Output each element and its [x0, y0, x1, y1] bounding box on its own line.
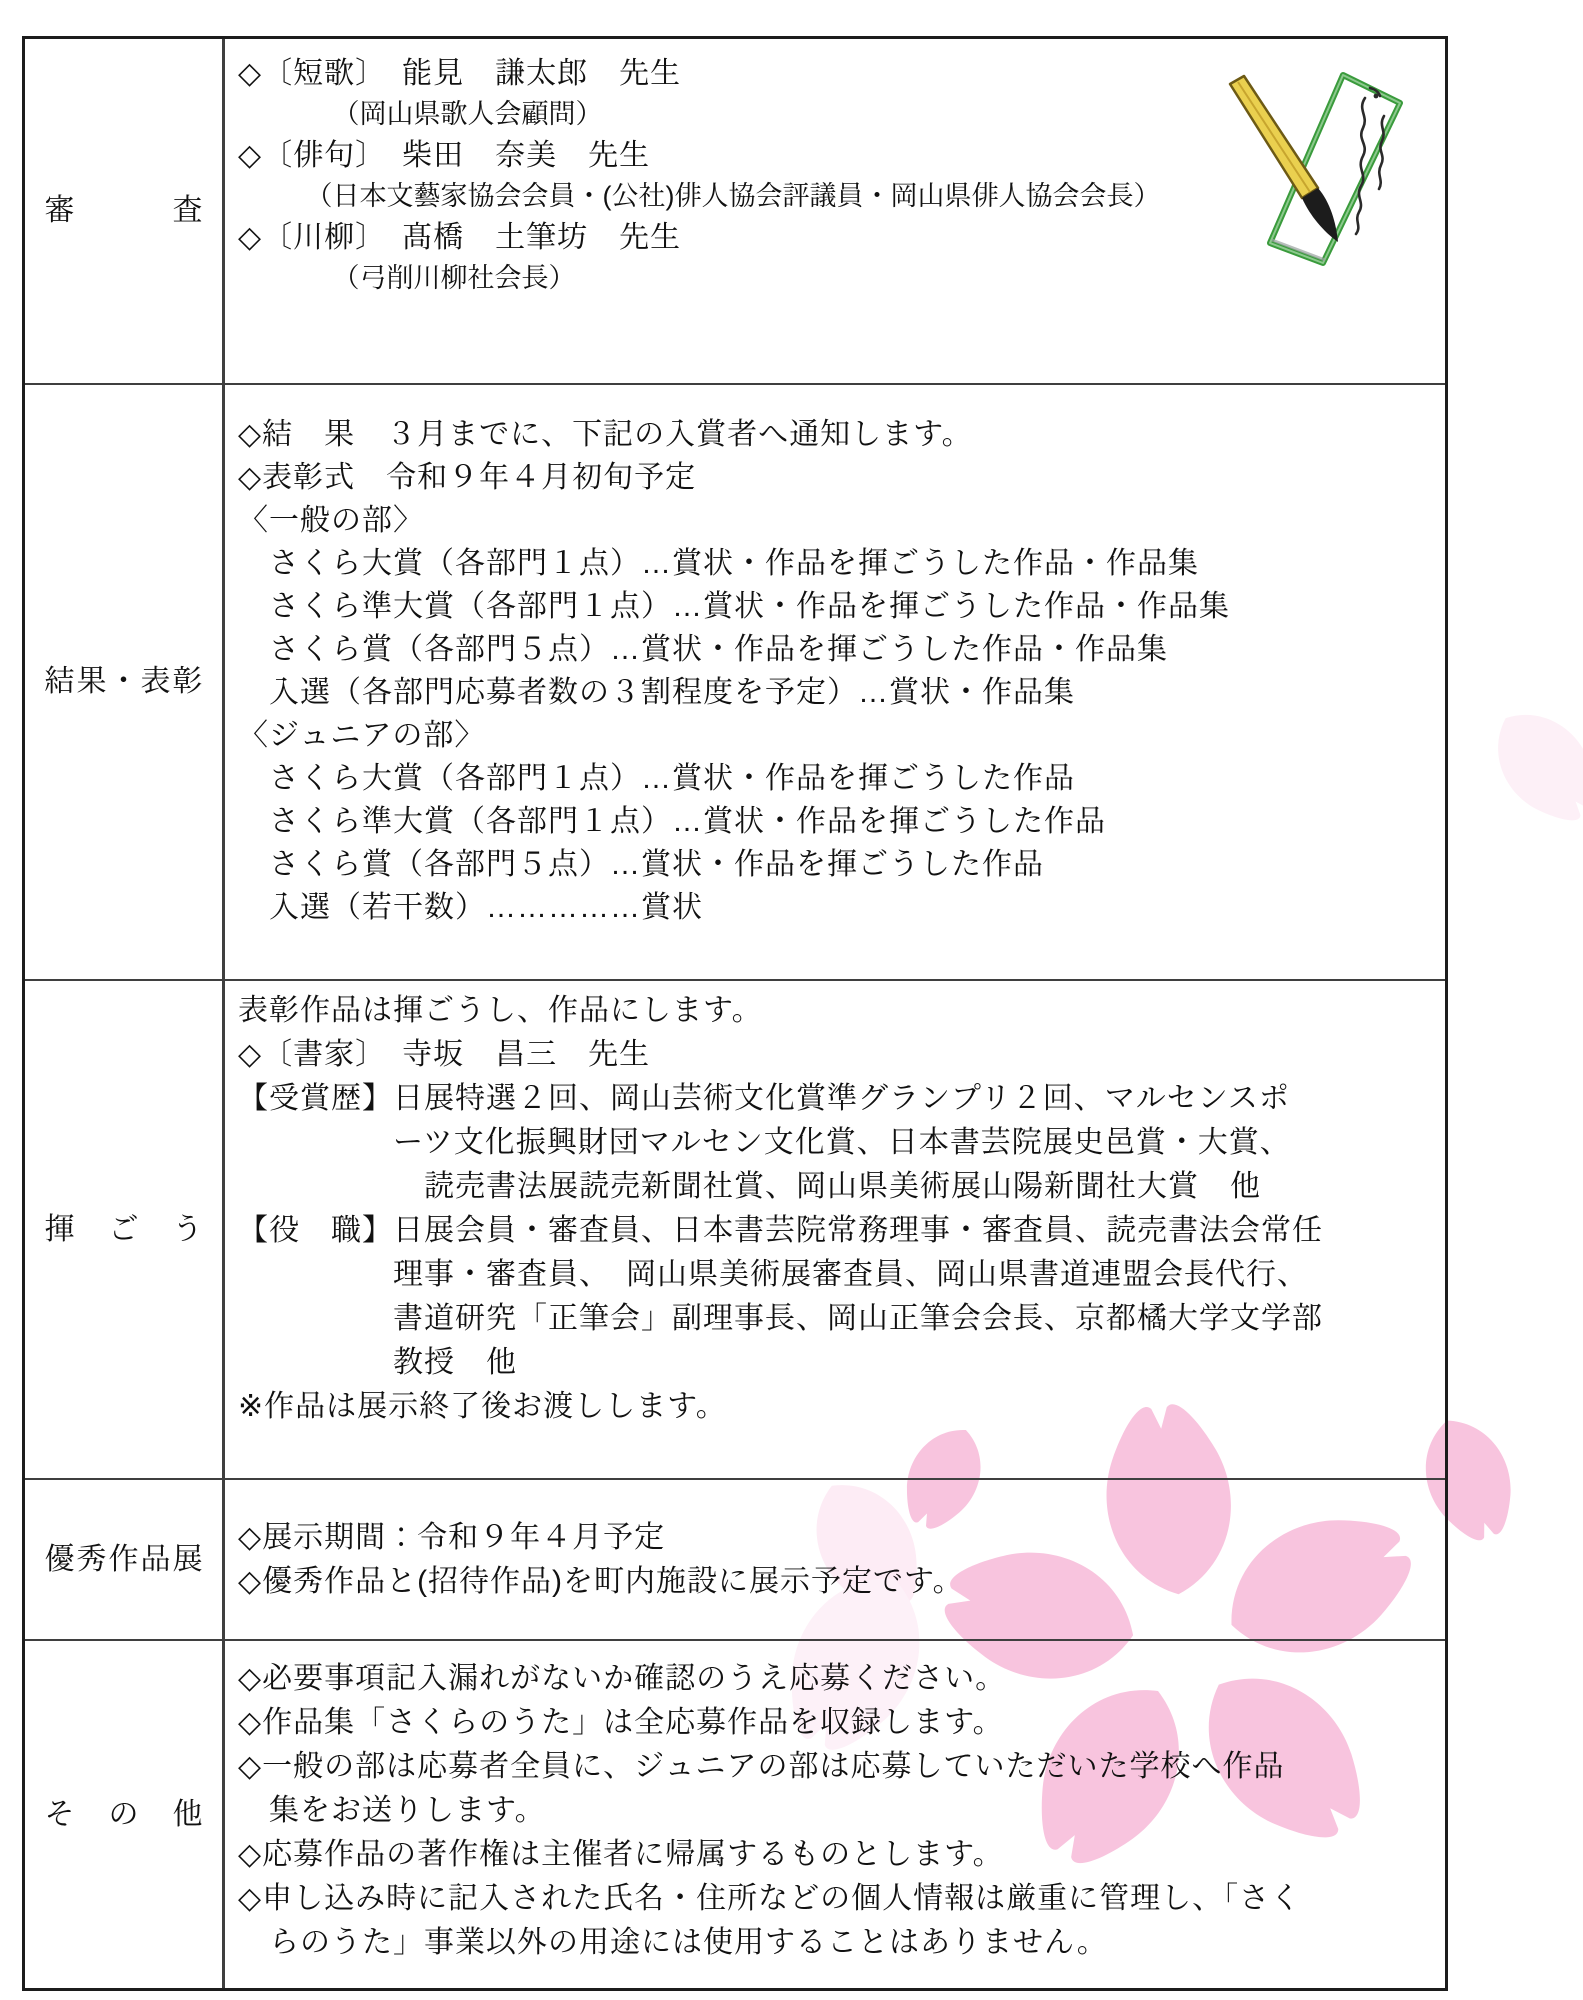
row-exhibition: 優秀作品展 ◇展示期間：令和９年４月予定 ◇優秀作品と(招待作品)を町内施設に展… — [25, 1480, 1445, 1641]
row-label-cell: その他 — [25, 1641, 225, 1988]
row-content: ◇結 果 ３月までに、下記の入賞者へ通知します。 ◇表彰式 令和９年４月初旬予定… — [225, 385, 1445, 979]
text-line: さくら賞（各部門５点）…賞状・作品を揮ごうした作品 — [238, 843, 1445, 886]
text-line: さくら準大賞（各部門１点）…賞状・作品を揮ごうした作品 — [238, 800, 1445, 843]
row-content: ◇〔短歌〕 能見 謙太郎 先生 （岡山県歌人会顧問） ◇〔俳句〕 柴田 奈美 先… — [225, 39, 1445, 383]
row-content: 表彰作品は揮ごうし、作品にします。 ◇〔書家〕 寺坂 昌三 先生 【受賞歴】日展… — [225, 981, 1445, 1478]
text-line: ※作品は展示終了後お渡しします。 — [238, 1385, 1445, 1429]
text-line: 集をお送りします。 — [238, 1789, 1445, 1833]
text-line: さくら大賞（各部門１点）…賞状・作品を揮ごうした作品 — [238, 757, 1445, 800]
text-line: 〈一般の部〉 — [238, 499, 1445, 542]
text-line: ◇〔書家〕 寺坂 昌三 先生 — [238, 1033, 1445, 1077]
row-content: ◇必要事項記入漏れがないか確認のうえ応募ください。 ◇作品集「さくらのうた」は全… — [225, 1641, 1445, 1988]
text-line: ーツ文化振興財団マルセン文化賞、日本書芸院展史邑賞・大賞、 — [238, 1121, 1445, 1165]
text-line: 理事・審査員、 岡山県美術展審査員、岡山県書道連盟会長代行、 — [238, 1253, 1445, 1297]
text-line: らのうた」事業以外の用途には使用することはありません。 — [238, 1921, 1445, 1965]
text-line: 表彰作品は揮ごうし、作品にします。 — [238, 989, 1445, 1033]
row-label: 審査 — [45, 193, 203, 229]
text-line: ◇必要事項記入漏れがないか確認のうえ応募ください。 — [238, 1657, 1445, 1701]
row-judging: 審査 ◇〔短歌〕 能見 謙太郎 先生 （岡山県歌人会顧問） ◇〔俳句〕 柴田 奈… — [25, 39, 1445, 385]
row-label: 結果・表彰 — [45, 664, 203, 700]
text-line: ◇〔短歌〕 能見 謙太郎 先生 — [238, 53, 1445, 94]
text-line: さくら大賞（各部門１点）…賞状・作品を揮ごうした作品・作品集 — [238, 542, 1445, 585]
row-calligraphy: 揮ごう 表彰作品は揮ごうし、作品にします。 ◇〔書家〕 寺坂 昌三 先生 【受賞… — [25, 981, 1445, 1480]
sakura-petal — [1475, 692, 1583, 839]
row-label-cell: 審査 — [25, 39, 225, 383]
text-line: さくら準大賞（各部門１点）…賞状・作品を揮ごうした作品・作品集 — [238, 585, 1445, 628]
text-line: さくら賞（各部門５点）…賞状・作品を揮ごうした作品・作品集 — [238, 628, 1445, 671]
text-line: （岡山県歌人会顧問） — [238, 94, 1445, 135]
text-line: ◇一般の部は応募者全員に、ジュニアの部は応募していただいた学校へ作品 — [238, 1745, 1445, 1789]
row-label-cell: 結果・表彰 — [25, 385, 225, 979]
row-other: その他 ◇必要事項記入漏れがないか確認のうえ応募ください。 ◇作品集「さくらのう… — [25, 1641, 1445, 1988]
row-label: 優秀作品展 — [45, 1542, 203, 1578]
text-line: 書道研究「正筆会」副理事長、岡山正筆会会長、京都橘大学文学部 — [238, 1297, 1445, 1341]
text-line: （弓削川柳社会長） — [238, 258, 1445, 299]
text-line: ◇作品集「さくらのうた」は全応募作品を収録します。 — [238, 1701, 1445, 1745]
text-line: 読売書法展読売新聞社賞、岡山県美術展山陽新聞社大賞 他 — [238, 1165, 1445, 1209]
text-line: 入選（各部門応募者数の３割程度を予定）…賞状・作品集 — [238, 671, 1445, 714]
text-line: 【受賞歴】日展特選２回、岡山芸術文化賞準グランプリ２回、マルセンスポ — [238, 1077, 1445, 1121]
row-content: ◇展示期間：令和９年４月予定 ◇優秀作品と(招待作品)を町内施設に展示予定です。 — [225, 1480, 1445, 1639]
text-line: ◇展示期間：令和９年４月予定 — [238, 1516, 1445, 1560]
text-line: 入選（若干数）……………賞状 — [238, 886, 1445, 929]
row-label-cell: 揮ごう — [25, 981, 225, 1478]
row-label: その他 — [45, 1797, 203, 1833]
text-line: ◇〔俳句〕 柴田 奈美 先生 — [238, 135, 1445, 176]
text-line: ◇優秀作品と(招待作品)を町内施設に展示予定です。 — [238, 1560, 1445, 1604]
text-line: ◇結 果 ３月までに、下記の入賞者へ通知します。 — [238, 413, 1445, 456]
text-line: （日本文藝家協会会員・(公社)俳人協会評議員・岡山県俳人協会会長） — [238, 176, 1445, 217]
text-line: ◇申し込み時に記入された氏名・住所などの個人情報は厳重に管理し、「さく — [238, 1877, 1445, 1921]
text-line: 〈ジュニアの部〉 — [238, 714, 1445, 757]
text-line: 教授 他 — [238, 1341, 1445, 1385]
text-line: ◇表彰式 令和９年４月初旬予定 — [238, 456, 1445, 499]
row-label-cell: 優秀作品展 — [25, 1480, 225, 1639]
text-line: ◇応募作品の著作権は主催者に帰属するものとします。 — [238, 1833, 1445, 1877]
text-line: 【役 職】日展会員・審査員、日本書芸院常務理事・審査員、読売書法会常任 — [238, 1209, 1445, 1253]
row-results-awards: 結果・表彰 ◇結 果 ３月までに、下記の入賞者へ通知します。 ◇表彰式 令和９年… — [25, 385, 1445, 981]
info-table: 審査 ◇〔短歌〕 能見 謙太郎 先生 （岡山県歌人会顧問） ◇〔俳句〕 柴田 奈… — [22, 36, 1448, 1991]
row-label: 揮ごう — [45, 1212, 203, 1248]
document-page: 審査 ◇〔短歌〕 能見 謙太郎 先生 （岡山県歌人会顧問） ◇〔俳句〕 柴田 奈… — [0, 0, 1583, 2000]
text-line: ◇〔川柳〕 髙橋 土筆坊 先生 — [238, 217, 1445, 258]
